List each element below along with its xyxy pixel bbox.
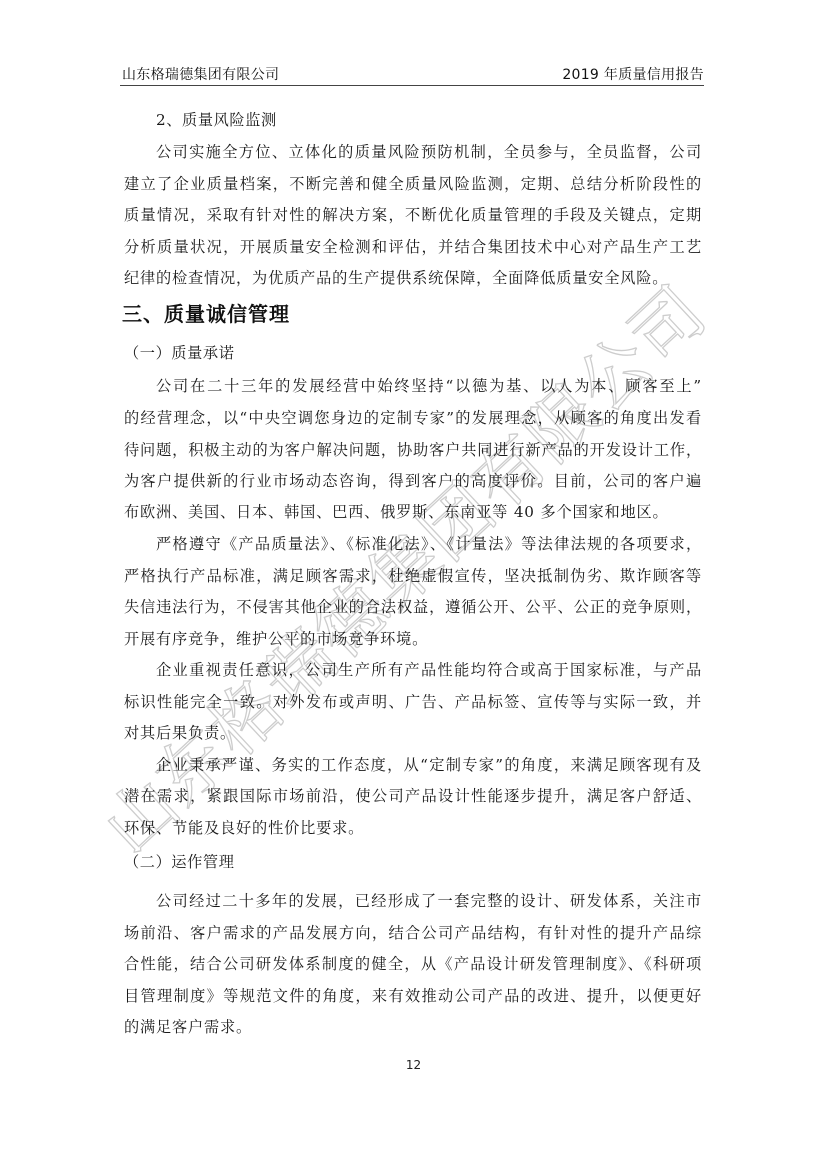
paragraph-line: 待问题，积极主动的为客户解决问题，协助客户共同进行新产品的开发设计工作， <box>124 438 702 462</box>
header-divider <box>120 85 704 86</box>
paragraph-line: 的经营理念，以“中央空调您身边的定制专家”的发展理念，从顾客的角度出发看 <box>124 406 702 430</box>
page-header: 山东格瑞德集团有限公司 2019 年质量信用报告 <box>122 62 704 84</box>
paragraph-line: 分析质量状况，开展质量安全检测和评估，并结合集团技术中心对产品生产工艺 <box>124 235 702 259</box>
paragraph-line: 严格遵守《产品质量法》、《标准化法》、《计量法》等法律法规的各项要求， <box>156 532 702 556</box>
header-company-name: 山东格瑞德集团有限公司 <box>122 64 279 84</box>
paragraph-line: 合性能，结合公司研发体系制度的健全，从《产品设计研发管理制度》、《科研项 <box>124 952 702 976</box>
subsection-heading-risk-monitoring: 2、质量风险监测 <box>156 108 734 132</box>
header-report-title: 2019 年质量信用报告 <box>562 64 704 84</box>
paragraph-line: 场前沿、客户需求的产品发展方向，结合公司产品结构，有针对性的提升产品综 <box>124 921 702 945</box>
paragraph-line: 失信违法行为，不侵害其他企业的合法权益，遵循公开、公平、公正的竞争原则， <box>124 595 702 619</box>
paragraph-line: 标识性能完全一致。对外发布或声明、广告、产品标签、宣传等与实际一致，并 <box>124 690 702 714</box>
section-title-integrity-management: 三、质量诚信管理 <box>122 300 290 328</box>
paragraph-line: 环保、节能及良好的性价比要求。 <box>124 816 702 840</box>
paragraph-line: 潜在需求，紧跟国际市场前沿，使公司产品设计性能逐步提升，满足客户舒适、 <box>124 784 702 808</box>
paragraph-line: 建立了企业质量档案，不断完善和健全质量风险监测，定期、总结分析阶段性的 <box>124 172 702 196</box>
page-number: 12 <box>0 1058 827 1072</box>
paragraph-line: 为客户提供新的行业市场动态咨询，得到客户的高度评价。目前，公司的客户遍 <box>124 469 702 493</box>
paragraph-line: 公司实施全方位、立体化的质量风险预防机制，全员参与，全员监督，公司 <box>156 140 702 164</box>
subsection-heading-quality-commitment: （一）质量承诺 <box>124 341 702 365</box>
paragraph-line: 企业秉承严谨、务实的工作态度，从“定制专家”的角度，来满足顾客现有及 <box>156 753 702 777</box>
document-page: 山东格瑞德集团有限公司 山东格瑞德集团有限公司 2019 年质量信用报告 2、质… <box>0 0 827 1169</box>
paragraph-line: 公司在二十三年的发展经营中始终坚持“以德为基、以人为本、顾客至上” <box>156 374 702 398</box>
paragraph-line: 的满足客户需求。 <box>124 1015 702 1039</box>
paragraph-line: 开展有序竞争，维护公平的市场竞争环境。 <box>124 627 702 651</box>
paragraph-line: 企业重视责任意识，公司生产所有产品性能均符合或高于国家标准，与产品 <box>156 658 702 682</box>
paragraph-line: 对其后果负责。 <box>124 721 702 745</box>
paragraph-line: 严格执行产品标准，满足顾客需求，杜绝虚假宣传，坚决抵制伪劣、欺诈顾客等 <box>124 564 702 588</box>
paragraph-line: 公司经过二十多年的发展，已经形成了一套完整的设计、研发体系，关注市 <box>156 889 702 913</box>
paragraph-line: 布欧洲、美国、日本、韩国、巴西、俄罗斯、东南亚等 40 多个国家和地区。 <box>124 500 702 524</box>
subsection-heading-operation-management: （二）运作管理 <box>124 850 702 874</box>
paragraph-line: 目管理制度》等规范文件的角度，来有效推动公司产品的改进、提升，以便更好 <box>124 984 702 1008</box>
paragraph-line: 纪律的检查情况，为优质产品的生产提供系统保障，全面降低质量安全风险。 <box>124 266 702 290</box>
paragraph-line: 质量情况，采取有针对性的解决方案，不断优化质量管理的手段及关键点，定期 <box>124 203 702 227</box>
